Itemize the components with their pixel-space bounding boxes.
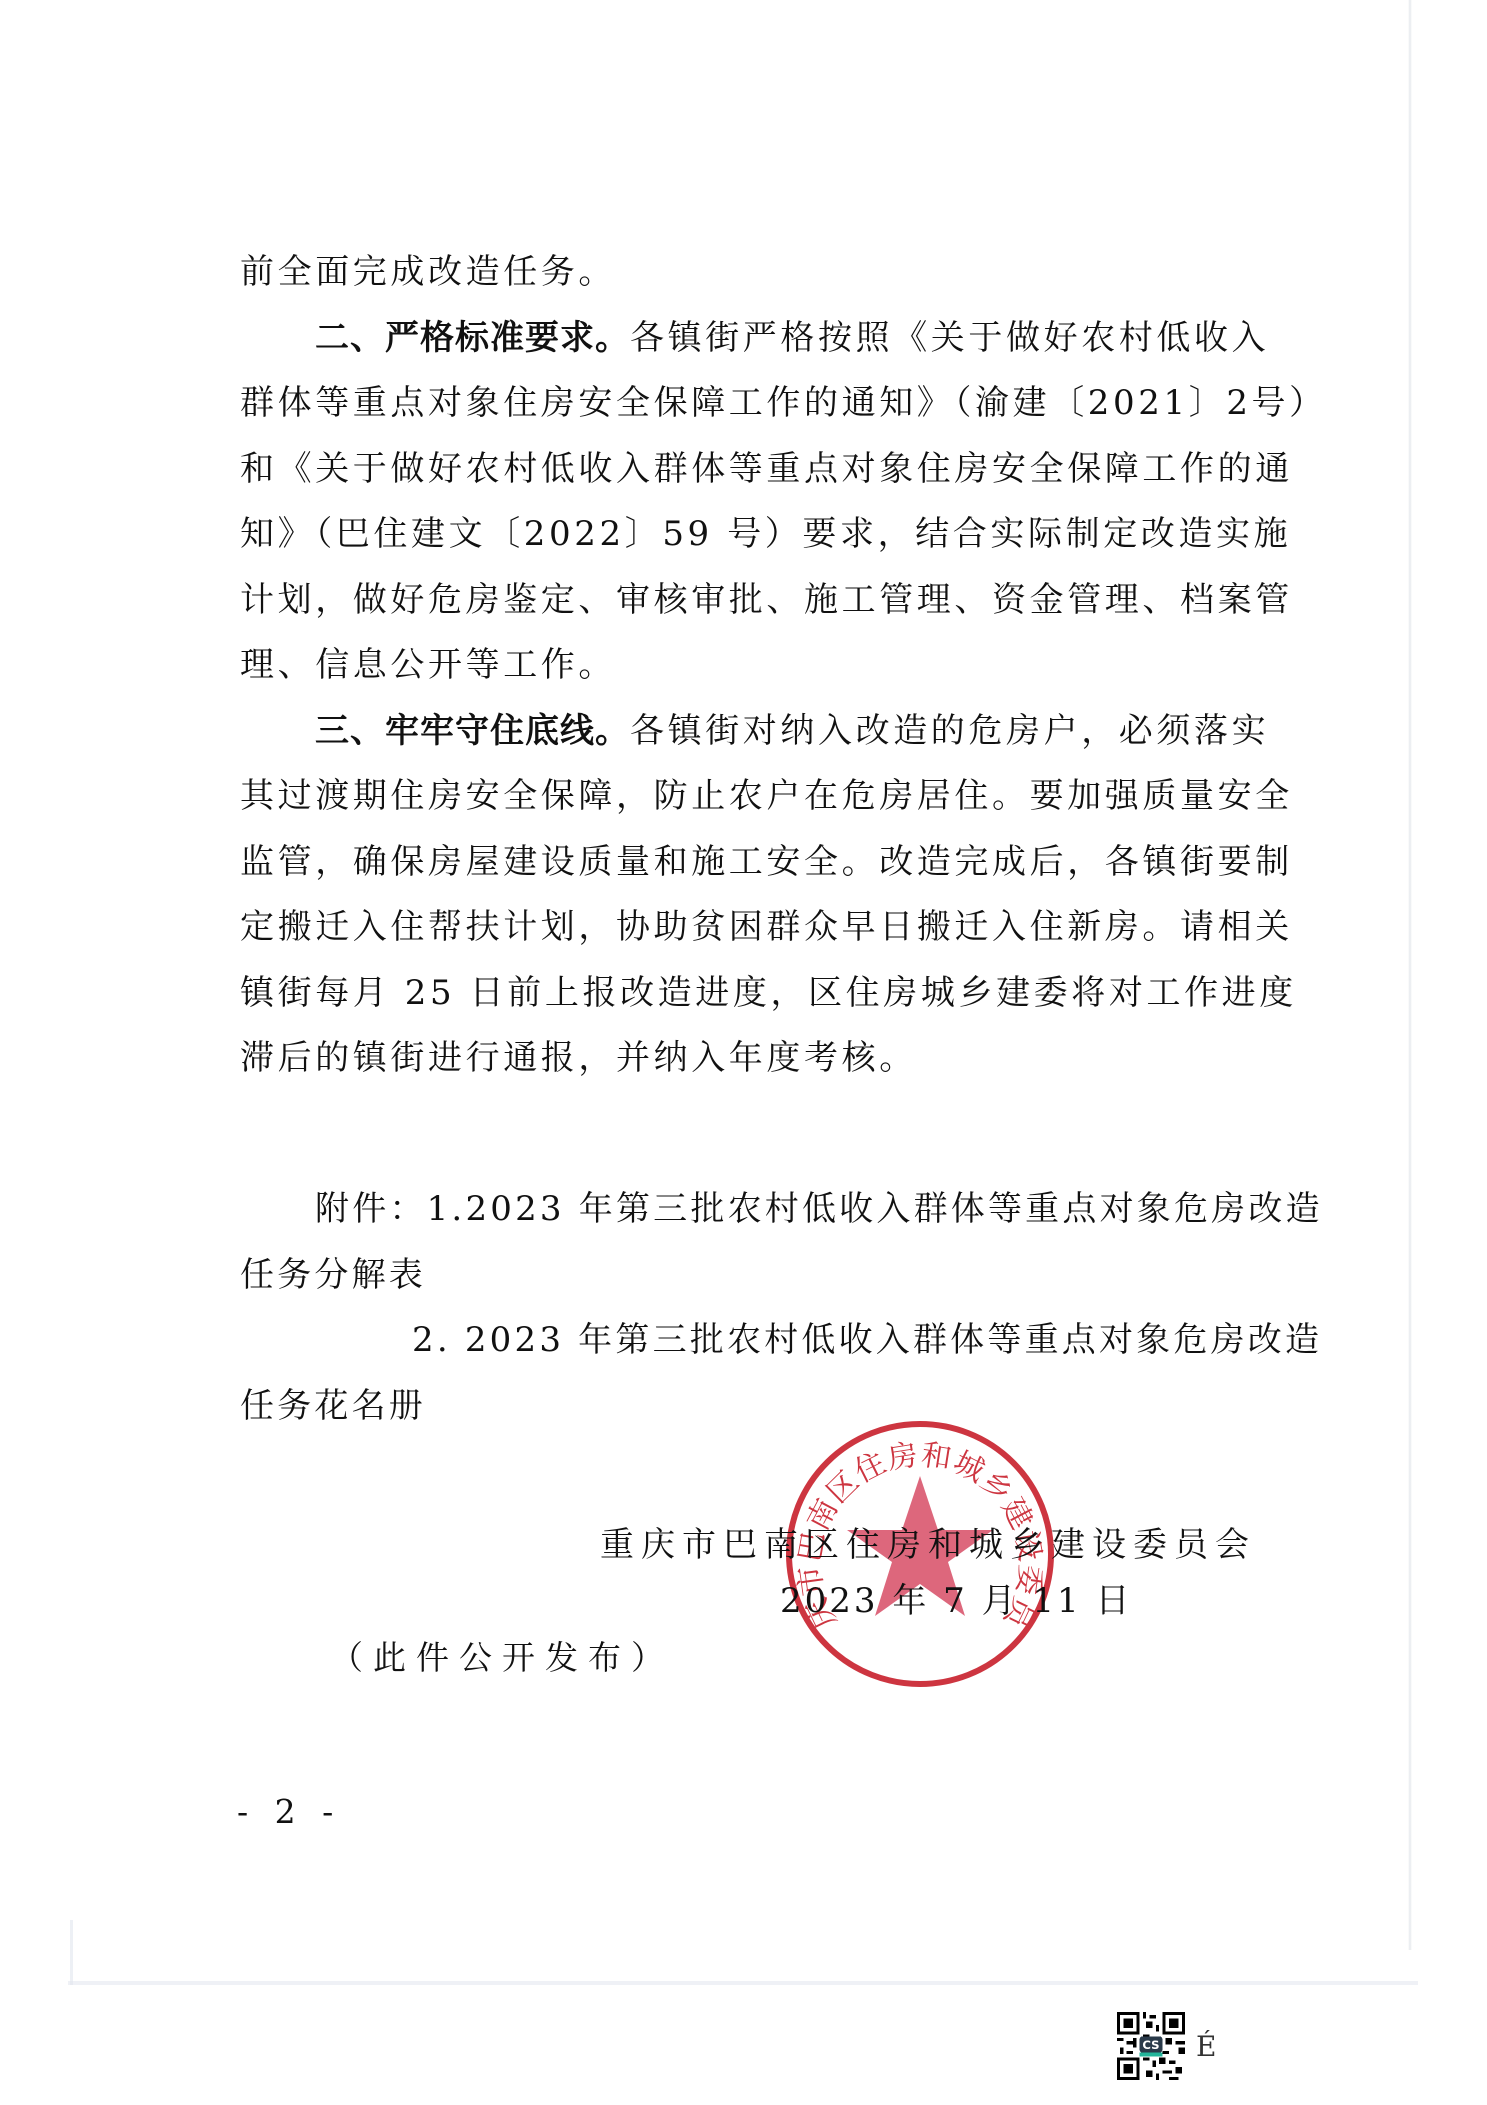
attachments-list: 附件：1.2023 年第三批农村低收入群体等重点对象危房改造 任务分解表 2. …	[240, 1178, 1300, 1440]
paragraph-line: 滞后的镇街进行通报，并纳入年度考核。	[240, 1026, 1300, 1092]
attachment-2: 2. 2023 年第三批农村低收入群体等重点对象危房改造	[240, 1309, 1300, 1375]
paragraph-line: 各镇街严格按照《关于做好农村低收入	[630, 318, 1269, 358]
qr-code-icon[interactable]: CS	[1117, 2012, 1185, 2080]
attachment-2-continued: 任务花名册	[240, 1375, 1300, 1441]
section-3-heading: 三、牢牢守住底线。	[315, 711, 630, 751]
paragraph-line: 理、信息公开等工作。	[240, 633, 1300, 699]
document-page: 前全面完成改造任务。 二、严格标准要求。各镇街严格按照《关于做好农村低收入 群体…	[0, 0, 1487, 2105]
svg-text:CS: CS	[1142, 2038, 1159, 2052]
paragraph-line: 定搬迁入住帮扶计划，协助贫困群众早日搬迁入住新房。请相关	[240, 895, 1300, 961]
section-2-first-line: 二、严格标准要求。各镇街严格按照《关于做好农村低收入	[240, 306, 1300, 372]
paragraph-line: 前全面完成改造任务。	[240, 240, 1300, 306]
attachment-1-continued: 任务分解表	[240, 1244, 1300, 1310]
paragraph-line: 镇街每月 25 日前上报改造进度，区住房城乡建委将对工作进度	[240, 961, 1300, 1027]
paragraph-line: 知》（巴住建文〔2022〕59 号）要求，结合实际制定改造实施	[240, 502, 1300, 568]
paragraph-line: 各镇街对纳入改造的危房户，必须落实	[630, 711, 1269, 751]
scan-shadow-right	[1408, 0, 1412, 1950]
page-number: - 2 -	[237, 1792, 341, 1831]
attachment-1: 附件：1.2023 年第三批农村低收入群体等重点对象危房改造	[240, 1178, 1300, 1244]
paragraph-line: 和《关于做好农村低收入群体等重点对象住房安全保障工作的通	[240, 437, 1300, 503]
signing-date: 2023 年 7 月 11 日	[780, 1573, 1132, 1622]
public-release-note: （此件公开发布）	[330, 1632, 674, 1679]
scan-shadow-bottom	[68, 1981, 1418, 1985]
section-2-heading: 二、严格标准要求。	[315, 318, 630, 358]
body-text: 前全面完成改造任务。 二、严格标准要求。各镇街严格按照《关于做好农村低收入 群体…	[240, 240, 1300, 1092]
scanner-mark: É	[1196, 2030, 1216, 2063]
paragraph-line: 群体等重点对象住房安全保障工作的通知》（渝建〔2021〕2号）	[240, 371, 1300, 437]
paragraph-line: 其过渡期住房安全保障，防止农户在危房居住。要加强质量安全	[240, 764, 1300, 830]
scan-shadow-left	[70, 1920, 73, 1985]
signing-organization: 重庆市巴南区住房和城乡建设委员会	[600, 1517, 1256, 1566]
section-3-first-line: 三、牢牢守住底线。各镇街对纳入改造的危房户，必须落实	[240, 699, 1300, 765]
paragraph-line: 监管，确保房屋建设质量和施工安全。改造完成后，各镇街要制	[240, 830, 1300, 896]
paragraph-line: 计划，做好危房鉴定、审核审批、施工管理、资金管理、档案管	[240, 568, 1300, 634]
